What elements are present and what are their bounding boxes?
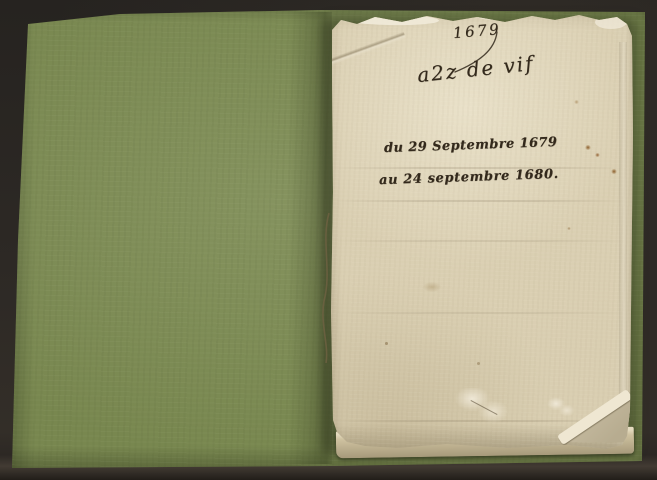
photographed-manuscript: 1679 a2z de vif du 29 Septembre 1679 au … bbox=[0, 0, 657, 480]
inscription-shelfmark: a2z de vif bbox=[416, 51, 536, 87]
manuscript-cover-page: 1679 a2z de vif du 29 Septembre 1679 au … bbox=[327, 12, 635, 450]
inscription-date-end: au 24 septembre 1680. bbox=[379, 167, 559, 188]
sewing-thread bbox=[318, 213, 334, 363]
handwritten-inscriptions: 1679 a2z de vif du 29 Septembre 1679 au … bbox=[327, 12, 635, 450]
inscription-date-start: du 29 Septembre 1679 bbox=[384, 135, 558, 156]
